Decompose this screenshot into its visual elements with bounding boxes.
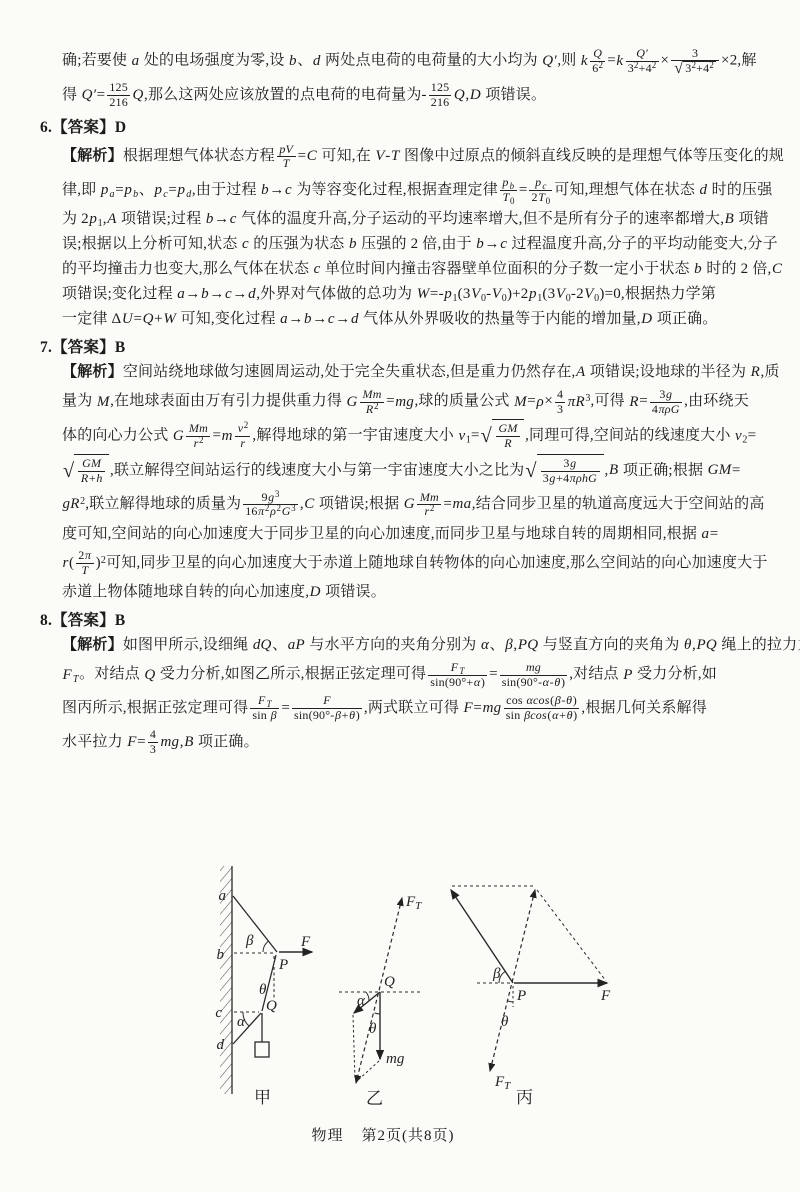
angle-arc-beta bbox=[499, 972, 505, 984]
tension-FT-line bbox=[490, 890, 535, 1071]
caption-jia: 甲 bbox=[254, 1088, 271, 1107]
subject-label: 物理 bbox=[311, 1128, 343, 1144]
page-footer: 物理第2页(共8页) bbox=[0, 1124, 766, 1145]
analysis-label: 【解析】 bbox=[62, 364, 123, 380]
page-number: 第2页(共8页) bbox=[362, 1128, 455, 1144]
label-c: c bbox=[215, 1005, 222, 1021]
rope-aP-force-arrow bbox=[451, 890, 513, 983]
label-theta: θ bbox=[369, 1021, 377, 1037]
angle-arc-alpha bbox=[366, 992, 369, 1001]
label-beta: β bbox=[245, 933, 254, 949]
label-theta: θ bbox=[259, 982, 267, 998]
answer-header-q8: 8.【答案】B bbox=[40, 608, 778, 633]
text-line: 图丙所示,根据正弦定理可得FTsin β=Fsin(90°-β+θ),两式联立可… bbox=[62, 692, 778, 726]
analysis-text: 根据理想气体状态方程pVT=C 可知,在 V-T 图像中过原点的倾斜直线反映的是… bbox=[123, 148, 784, 164]
analysis-text: 空间站绕地球做匀速圆周运动,处于完全失重状态,但是重力仍然存在,A 项错误;设地… bbox=[123, 364, 780, 380]
angle-arc-alpha bbox=[243, 1012, 249, 1026]
text-line: 律,即 pa=pb、pc=pd,由于过程 b→c 为等容变化过程,根据查理定律p… bbox=[62, 174, 778, 208]
text-line: 得 Q′=125216Q,那么这两处应该放置的点电荷的电荷量为-125216Q,… bbox=[62, 79, 778, 113]
text-line: r(2πT)2可知,同步卫星的向心加速度大于赤道上随地球自转物体的向心加速度,那… bbox=[62, 547, 778, 581]
text-line: 【解析】空间站绕地球做匀速圆周运动,处于完全失重状态,但是重力仍然存在,A 项错… bbox=[62, 360, 778, 385]
rope-force-arrow bbox=[354, 992, 380, 1013]
text-line: 水平拉力 F=43mg,B 项正确。 bbox=[62, 726, 778, 760]
rope-aP bbox=[233, 896, 277, 952]
text-line: 确;若要使 a 处的电场强度为零,设 b、d 两处点电荷的电荷量的大小均为 Q′… bbox=[62, 44, 778, 79]
scanned-answer-page: 确;若要使 a 处的电场强度为零,设 b、d 两处点电荷的电荷量的大小均为 Q′… bbox=[0, 0, 800, 1192]
analysis-text: 如图甲所示,设细绳 dQ、aP 与水平方向的夹角分别为 α、β,PQ 与竖直方向… bbox=[123, 637, 800, 653]
dashed-parallelogram-right bbox=[537, 890, 606, 981]
text-line: 体的向心力公式 GMmr2=mv2r,解得地球的第一宇宙速度大小 v1=√GMR… bbox=[62, 419, 778, 454]
caption-yi: 乙 bbox=[366, 1089, 383, 1108]
text-line: 项错误;变化过程 a→b→c→d,外界对气体做的总功为 W=-p1(3V0-V0… bbox=[62, 282, 778, 307]
text-line: 误;根据以上分析可知,状态 c 的压强为状态 b 压强的 2 倍,由于 b→c … bbox=[62, 232, 778, 257]
label-mg: mg bbox=[386, 1051, 405, 1067]
weight-block bbox=[255, 1042, 269, 1057]
text-line: FT。对结点 Q 受力分析,如图乙所示,根据正弦定理可得FTsin(90°+α)… bbox=[62, 658, 778, 692]
text-line: 【解析】如图甲所示,设细绳 dQ、aP 与水平方向的夹角分别为 α、β,PQ 与… bbox=[62, 633, 778, 658]
text-line: 的平均撞击力也变大,那么气体在状态 c 单位时间内撞击容器壁单位面积的分子数一定… bbox=[62, 257, 778, 282]
answer-header-q6: 6.【答案】D bbox=[40, 115, 778, 140]
text-line: 度可知,空间站的向心加速度大于同步卫星的向心加速度,而同步卫星与地球自转的周期相… bbox=[62, 522, 778, 547]
label-d: d bbox=[217, 1037, 225, 1053]
label-b: b bbox=[217, 947, 225, 963]
figure-jia: a b c d β F P θ Q α 甲 bbox=[215, 866, 312, 1107]
figure-bing: β P F θ FT 丙 bbox=[451, 886, 611, 1107]
label-P: P bbox=[278, 957, 288, 973]
angle-arc-theta bbox=[375, 1013, 381, 1014]
label-beta: β bbox=[492, 966, 501, 982]
text-line: 一定律 ΔU=Q+W 可知,变化过程 a→b→c→d 气体从外界吸收的热量等于内… bbox=[62, 307, 778, 332]
label-Q: Q bbox=[266, 998, 277, 1014]
label-alpha: α bbox=[357, 993, 366, 1009]
text-line: 量为 M,在地球表面由万有引力提供重力得 GMmR2=mg,球的质量公式 M=ρ… bbox=[62, 385, 778, 419]
rope-dQ bbox=[233, 1013, 261, 1044]
angle-arc-beta bbox=[263, 941, 269, 952]
text-line: 为 2p1,A 项错误;过程 b→c 气体的温度升高,分子运动的平均速率增大,但… bbox=[62, 207, 778, 232]
text-line: gR2,联立解得地球的质量为9g316π2ρ2G3,C 项错误;根据 GMmr2… bbox=[62, 488, 778, 522]
label-Q: Q bbox=[384, 974, 395, 990]
answer-header-q7: 7.【答案】B bbox=[40, 335, 778, 360]
label-alpha: α bbox=[237, 1014, 246, 1030]
label-FT: FT bbox=[405, 894, 422, 912]
label-F: F bbox=[600, 988, 611, 1004]
analysis-label: 【解析】 bbox=[62, 637, 123, 653]
text-line: 【解析】根据理想气体状态方程pVT=C 可知,在 V-T 图像中过原点的倾斜直线… bbox=[62, 140, 778, 174]
wall-hatching bbox=[220, 866, 232, 1094]
label-theta: θ bbox=[501, 1014, 509, 1030]
text-line: √GMR+h,联立解得空间站运行的线速度大小与第一宇宙速度大小之比为√3g3g+… bbox=[62, 454, 778, 489]
figure-yi: FT Q α θ mg 乙 bbox=[339, 894, 422, 1108]
label-P: P bbox=[516, 988, 526, 1004]
label-a: a bbox=[219, 888, 227, 904]
label-F: F bbox=[300, 934, 311, 950]
caption-bing: 丙 bbox=[516, 1088, 533, 1107]
angle-arc-theta bbox=[508, 1001, 513, 1002]
analysis-label: 【解析】 bbox=[62, 148, 123, 164]
label-FT: FT bbox=[494, 1074, 511, 1092]
answer-key-text: 确;若要使 a 处的电场强度为零,设 b、d 两处点电荷的电荷量的大小均为 Q′… bbox=[62, 44, 778, 759]
dashed-parallelogram-bottom bbox=[357, 1061, 379, 1081]
rope-PQ bbox=[262, 955, 276, 1011]
text-line: 赤道上物体随地球自转的向心加速度,D 项错误。 bbox=[62, 580, 778, 605]
tension-FT-line bbox=[356, 898, 402, 1083]
dashed-parallelogram-left bbox=[353, 1015, 355, 1080]
